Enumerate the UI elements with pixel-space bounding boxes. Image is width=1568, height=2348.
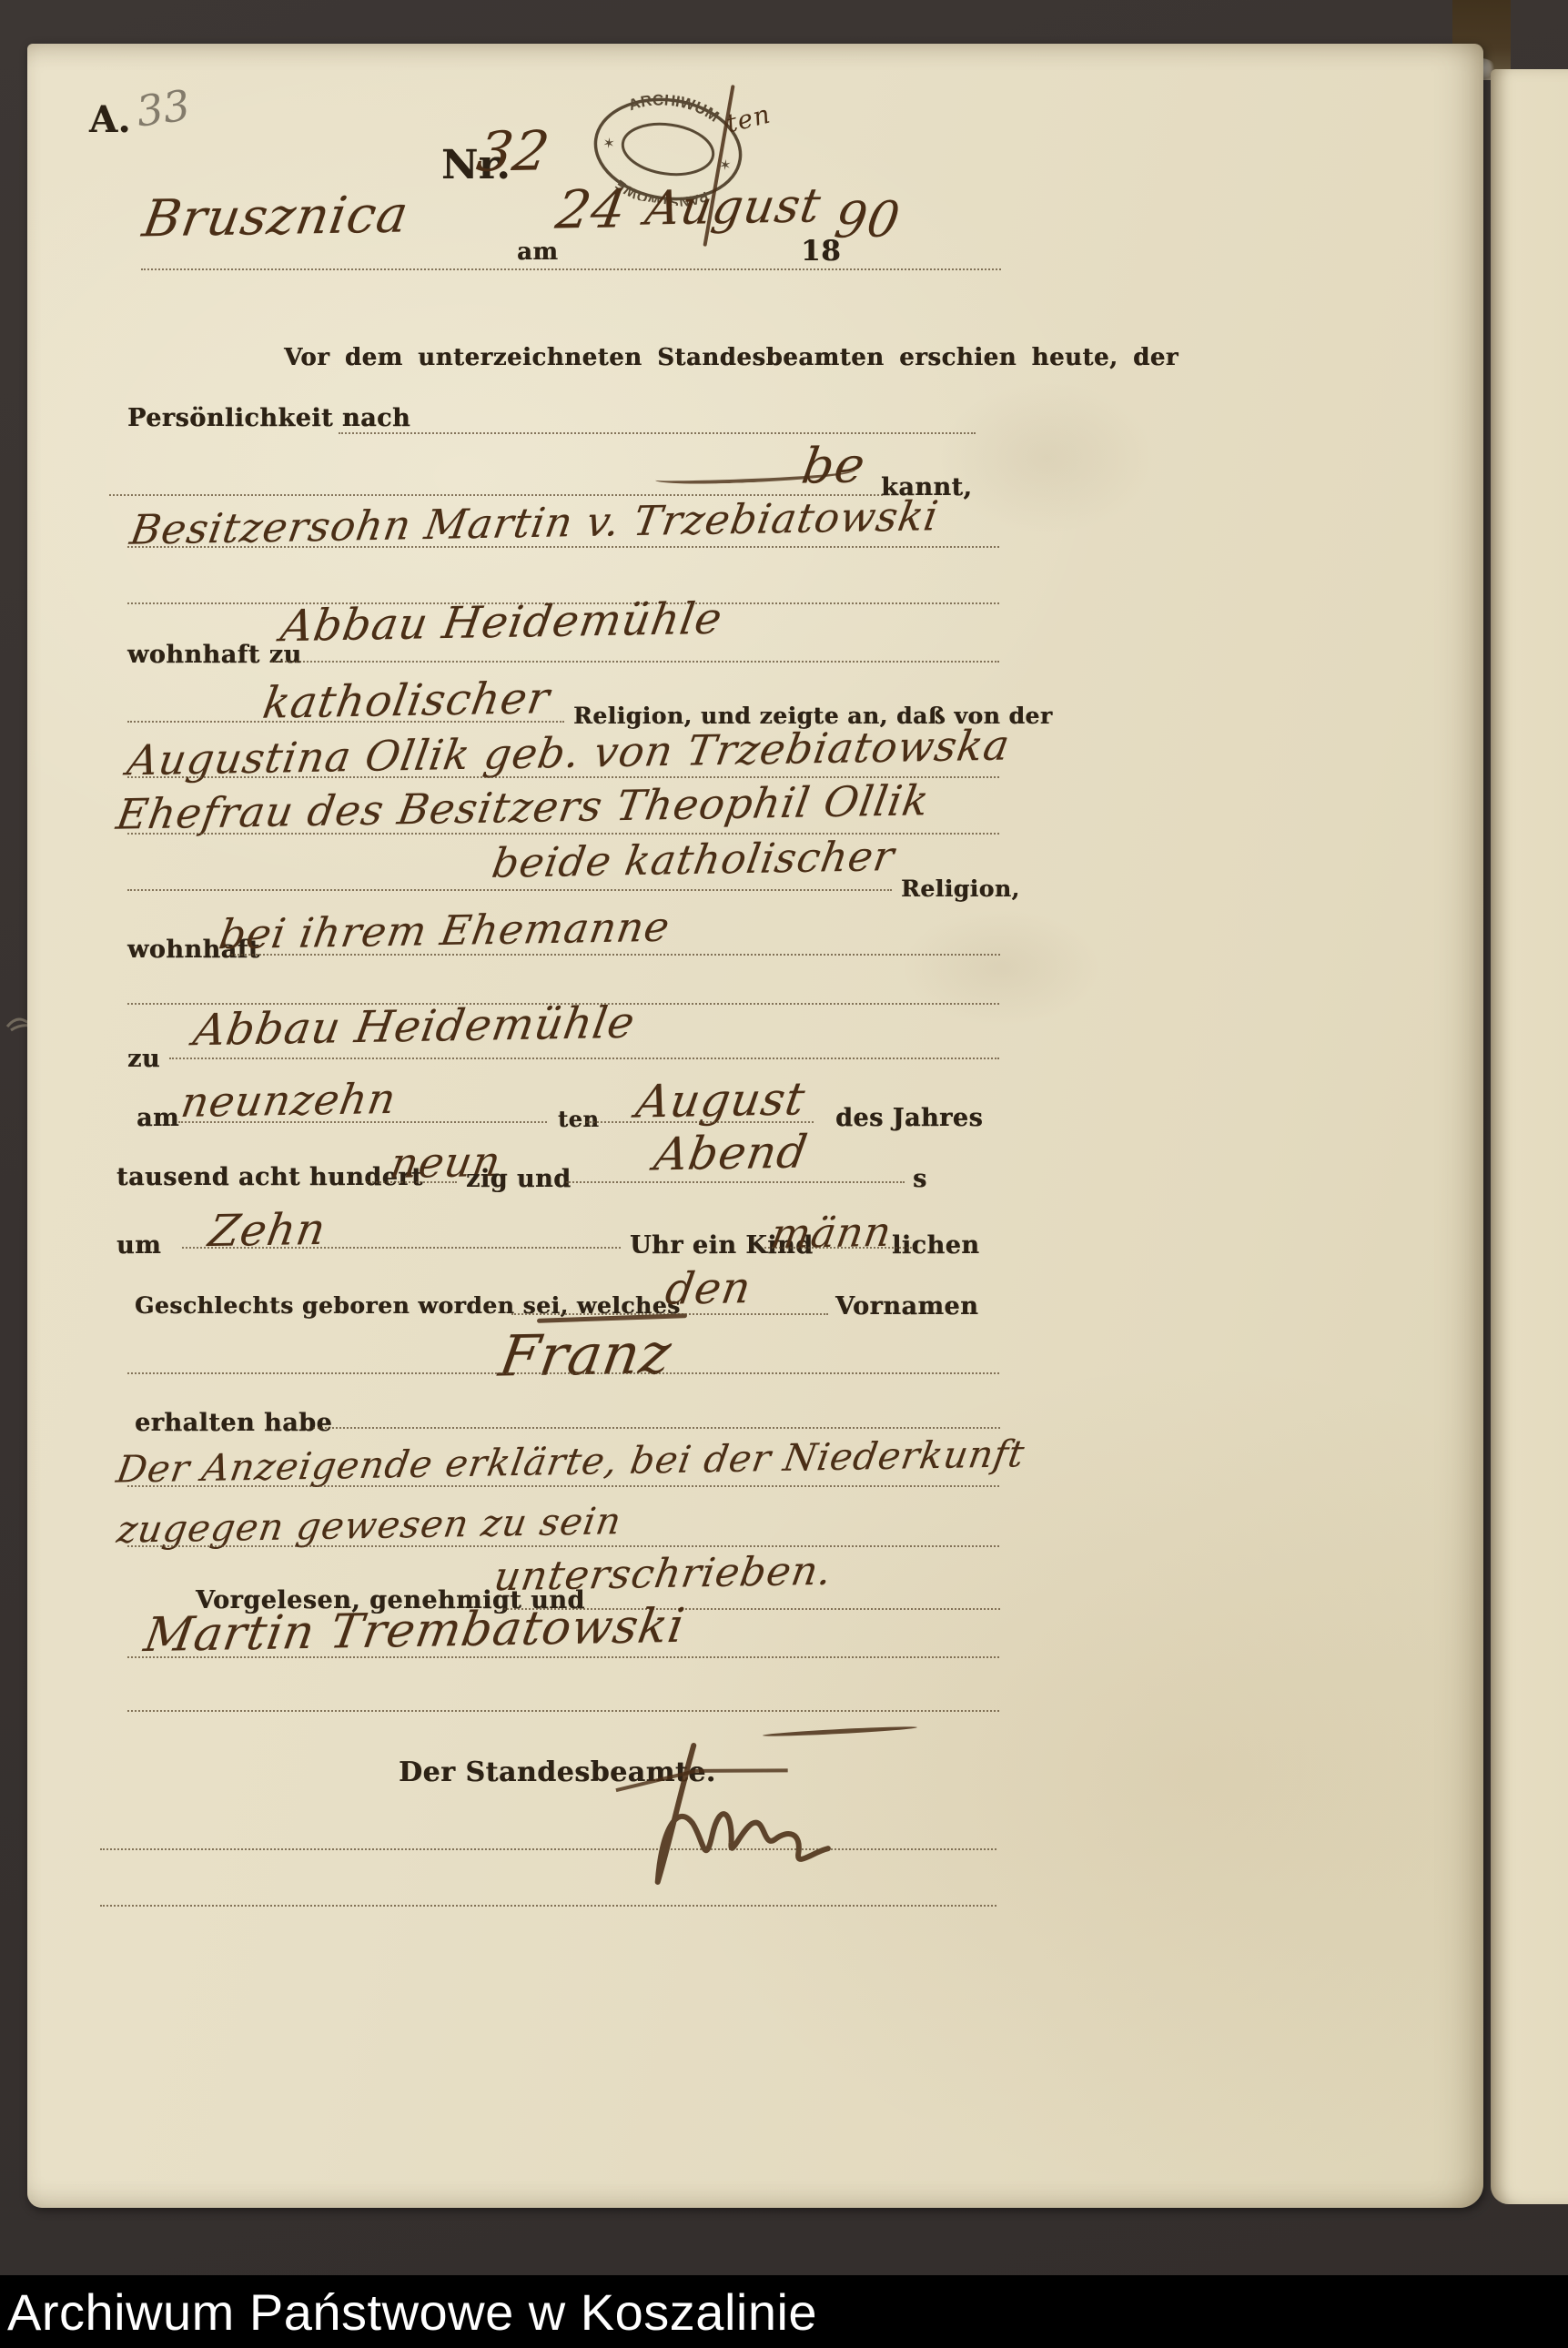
article-den: den (662, 1262, 754, 1315)
lichen-label: lichen (892, 1231, 979, 1260)
mother-name: Augustina Ollik geb. von Trzebiatowska (124, 721, 1014, 785)
blank-rule (511, 1313, 828, 1315)
blank-rule (178, 1121, 547, 1123)
informant-name: Besitzersohn Martin v. Trzebiatowski (126, 491, 942, 553)
archive-caption-bar: Archiwum Państwowe w Koszalinie (0, 2275, 1568, 2348)
blank-rule (100, 1905, 996, 1907)
stamp-text-top: ARCHIWUM (624, 86, 724, 127)
s-label: s (913, 1165, 927, 1193)
known-handwritten: be (798, 436, 870, 494)
bleedthrough-smudge (937, 380, 1156, 535)
record-place: Brusznica (138, 185, 412, 248)
informant-signature: Martin Trembatowski (140, 1599, 688, 1663)
year-written: 90 (831, 190, 905, 248)
ten-label: ten (558, 1106, 599, 1132)
vornamen-label: Vornamen (835, 1292, 978, 1321)
personality-label: Persönlichkeit nach (127, 404, 410, 432)
blank-rule (127, 1372, 999, 1374)
blank-rule (366, 1181, 457, 1183)
mother-status: Ehefrau des Besitzers Theophil Ollik (113, 775, 933, 839)
both-religion: beide katholischer (489, 832, 898, 887)
blank-rule (127, 889, 892, 891)
blank-rule (127, 721, 564, 723)
date-line-rule (141, 268, 1001, 270)
blank-rule (339, 432, 976, 434)
registrar-signature (556, 1710, 873, 1913)
blank-rule (127, 1710, 999, 1712)
birth-month: August (632, 1072, 809, 1128)
birth-place: Abbau Heidemühle (190, 997, 639, 1056)
daytime: Abend (651, 1126, 812, 1181)
blank-rule (231, 954, 1000, 956)
bleedthrough-smudge (901, 908, 1101, 1027)
intro-line: Vor dem unterzeichneten Standesbeamten e… (284, 344, 1179, 371)
declaration-line-2: zugegen gewesen zu sein (114, 1499, 624, 1552)
stamp-star-left-icon: ✶ (602, 134, 616, 153)
archive-name: Archiwum Państwowe w Koszalinie (7, 2282, 817, 2342)
record-day: 24 (551, 177, 631, 240)
blank-rule (127, 1656, 999, 1658)
margin-letter: A. (89, 98, 131, 141)
scanned-document-photo: A. 33 Nr. 32 ARCHIWUM PAŃSTWOWE ✶ ✶ ten (0, 0, 1568, 2348)
des-jahres-label: des Jahres (835, 1104, 983, 1132)
erhalten-habe-label: erhalten habe (135, 1409, 332, 1437)
gender: männ (768, 1208, 895, 1258)
adjacent-page-edge (1491, 69, 1568, 2204)
pencil-folio-number: 33 (134, 80, 193, 137)
informant-residence: Abbau Heidemühle (278, 593, 726, 652)
zu-label: zu (127, 1045, 160, 1073)
um-label: um (116, 1231, 161, 1260)
blank-rule (169, 1058, 999, 1059)
am-label: am (517, 238, 558, 266)
hour: Zehn (205, 1204, 329, 1257)
blank-rule (313, 1427, 1000, 1429)
tausend-label: tausend acht hundert (116, 1163, 423, 1191)
blank-rule (764, 1247, 912, 1249)
unterschrieben-hw: unterschrieben. (491, 1548, 835, 1600)
nr-value: 32 (472, 119, 554, 184)
registry-form-page: A. 33 Nr. 32 ARCHIWUM PAŃSTWOWE ✶ ✶ ten (27, 44, 1483, 2208)
wohnhaft-zu-label: wohnhaft zu (127, 641, 302, 669)
blank-rule (100, 1848, 996, 1850)
blank-rule (127, 1545, 999, 1547)
child-name: Franz (495, 1320, 676, 1389)
record-month: August (642, 178, 824, 236)
zig-und-label: zig und (466, 1165, 572, 1193)
blank-rule (127, 1485, 999, 1487)
declaration-line-1: Der Anzeigende erklärte, bei der Niederk… (114, 1432, 1028, 1491)
birth-day: neunzehn (177, 1074, 400, 1127)
am-birth-label: am (137, 1104, 179, 1132)
religion-label: Religion, (901, 875, 1020, 902)
mother-residence: bei ihrem Ehemanne (216, 903, 673, 959)
blank-rule (586, 1121, 814, 1123)
svg-text:ARCHIWUM: ARCHIWUM (624, 86, 724, 127)
blank-rule (127, 546, 999, 548)
blank-rule (271, 661, 999, 663)
blank-rule (182, 1247, 621, 1249)
blank-rule (566, 1181, 905, 1183)
